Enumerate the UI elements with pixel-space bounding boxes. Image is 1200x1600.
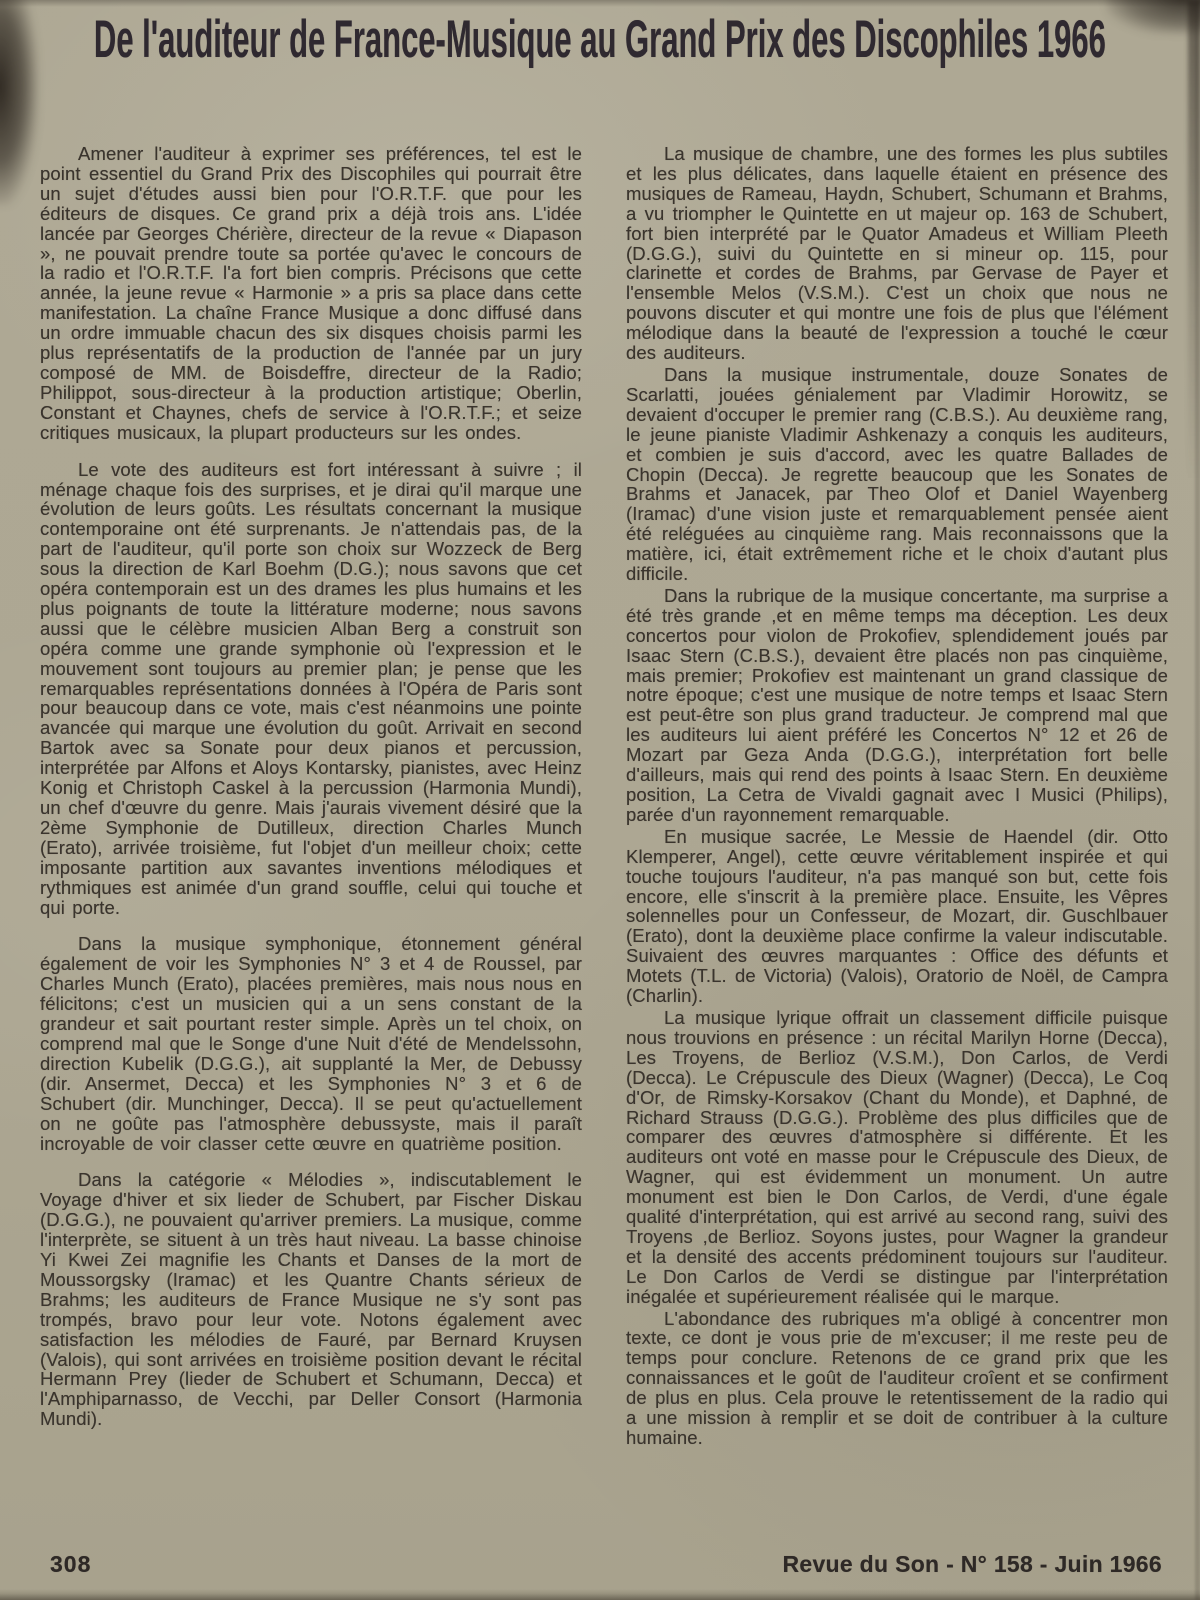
article-paragraph: Dans la musique instrumentale, douze Son… [626,365,1168,584]
footer-page-number: 308 [50,1551,91,1578]
page-footer: 308 Revue du Son - N° 158 - Juin 1966 [0,1551,1200,1578]
article-paragraph: Dans la catégorie « Mélodies », indiscut… [40,1170,582,1429]
magazine-page: De l'auditeur de France-Musique au Grand… [0,0,1200,1600]
column-right: La musique de chambre, une des formes le… [626,144,1168,1450]
column-left: Amener l'auditeur à exprimer ses préfére… [40,144,582,1450]
article-paragraph: La musique de chambre, une des formes le… [626,144,1168,363]
article-paragraph: Le vote des auditeurs est fort intéressa… [40,460,582,918]
article-header: De l'auditeur de France-Musique au Grand… [0,0,1200,66]
article-paragraph: Dans la musique symphonique, étonnement … [40,934,582,1153]
article-title: De l'auditeur de France-Musique au Grand… [94,13,1106,66]
article-paragraph: Dans la rubrique de la musique concertan… [626,586,1168,825]
footer-journal-title: Revue du Son - N° 158 - Juin 1966 [782,1551,1162,1578]
article-body: Amener l'auditeur à exprimer ses préfére… [0,66,1200,1450]
article-paragraph: L'abondance des rubriques m'a obligé à c… [626,1309,1168,1448]
article-paragraph: En musique sacrée, Le Messie de Haendel … [626,827,1168,1006]
article-paragraph: Amener l'auditeur à exprimer ses préfére… [40,144,582,443]
article-paragraph: La musique lyrique offrait un classement… [626,1008,1168,1307]
scan-edge-bottom [0,1589,1200,1600]
